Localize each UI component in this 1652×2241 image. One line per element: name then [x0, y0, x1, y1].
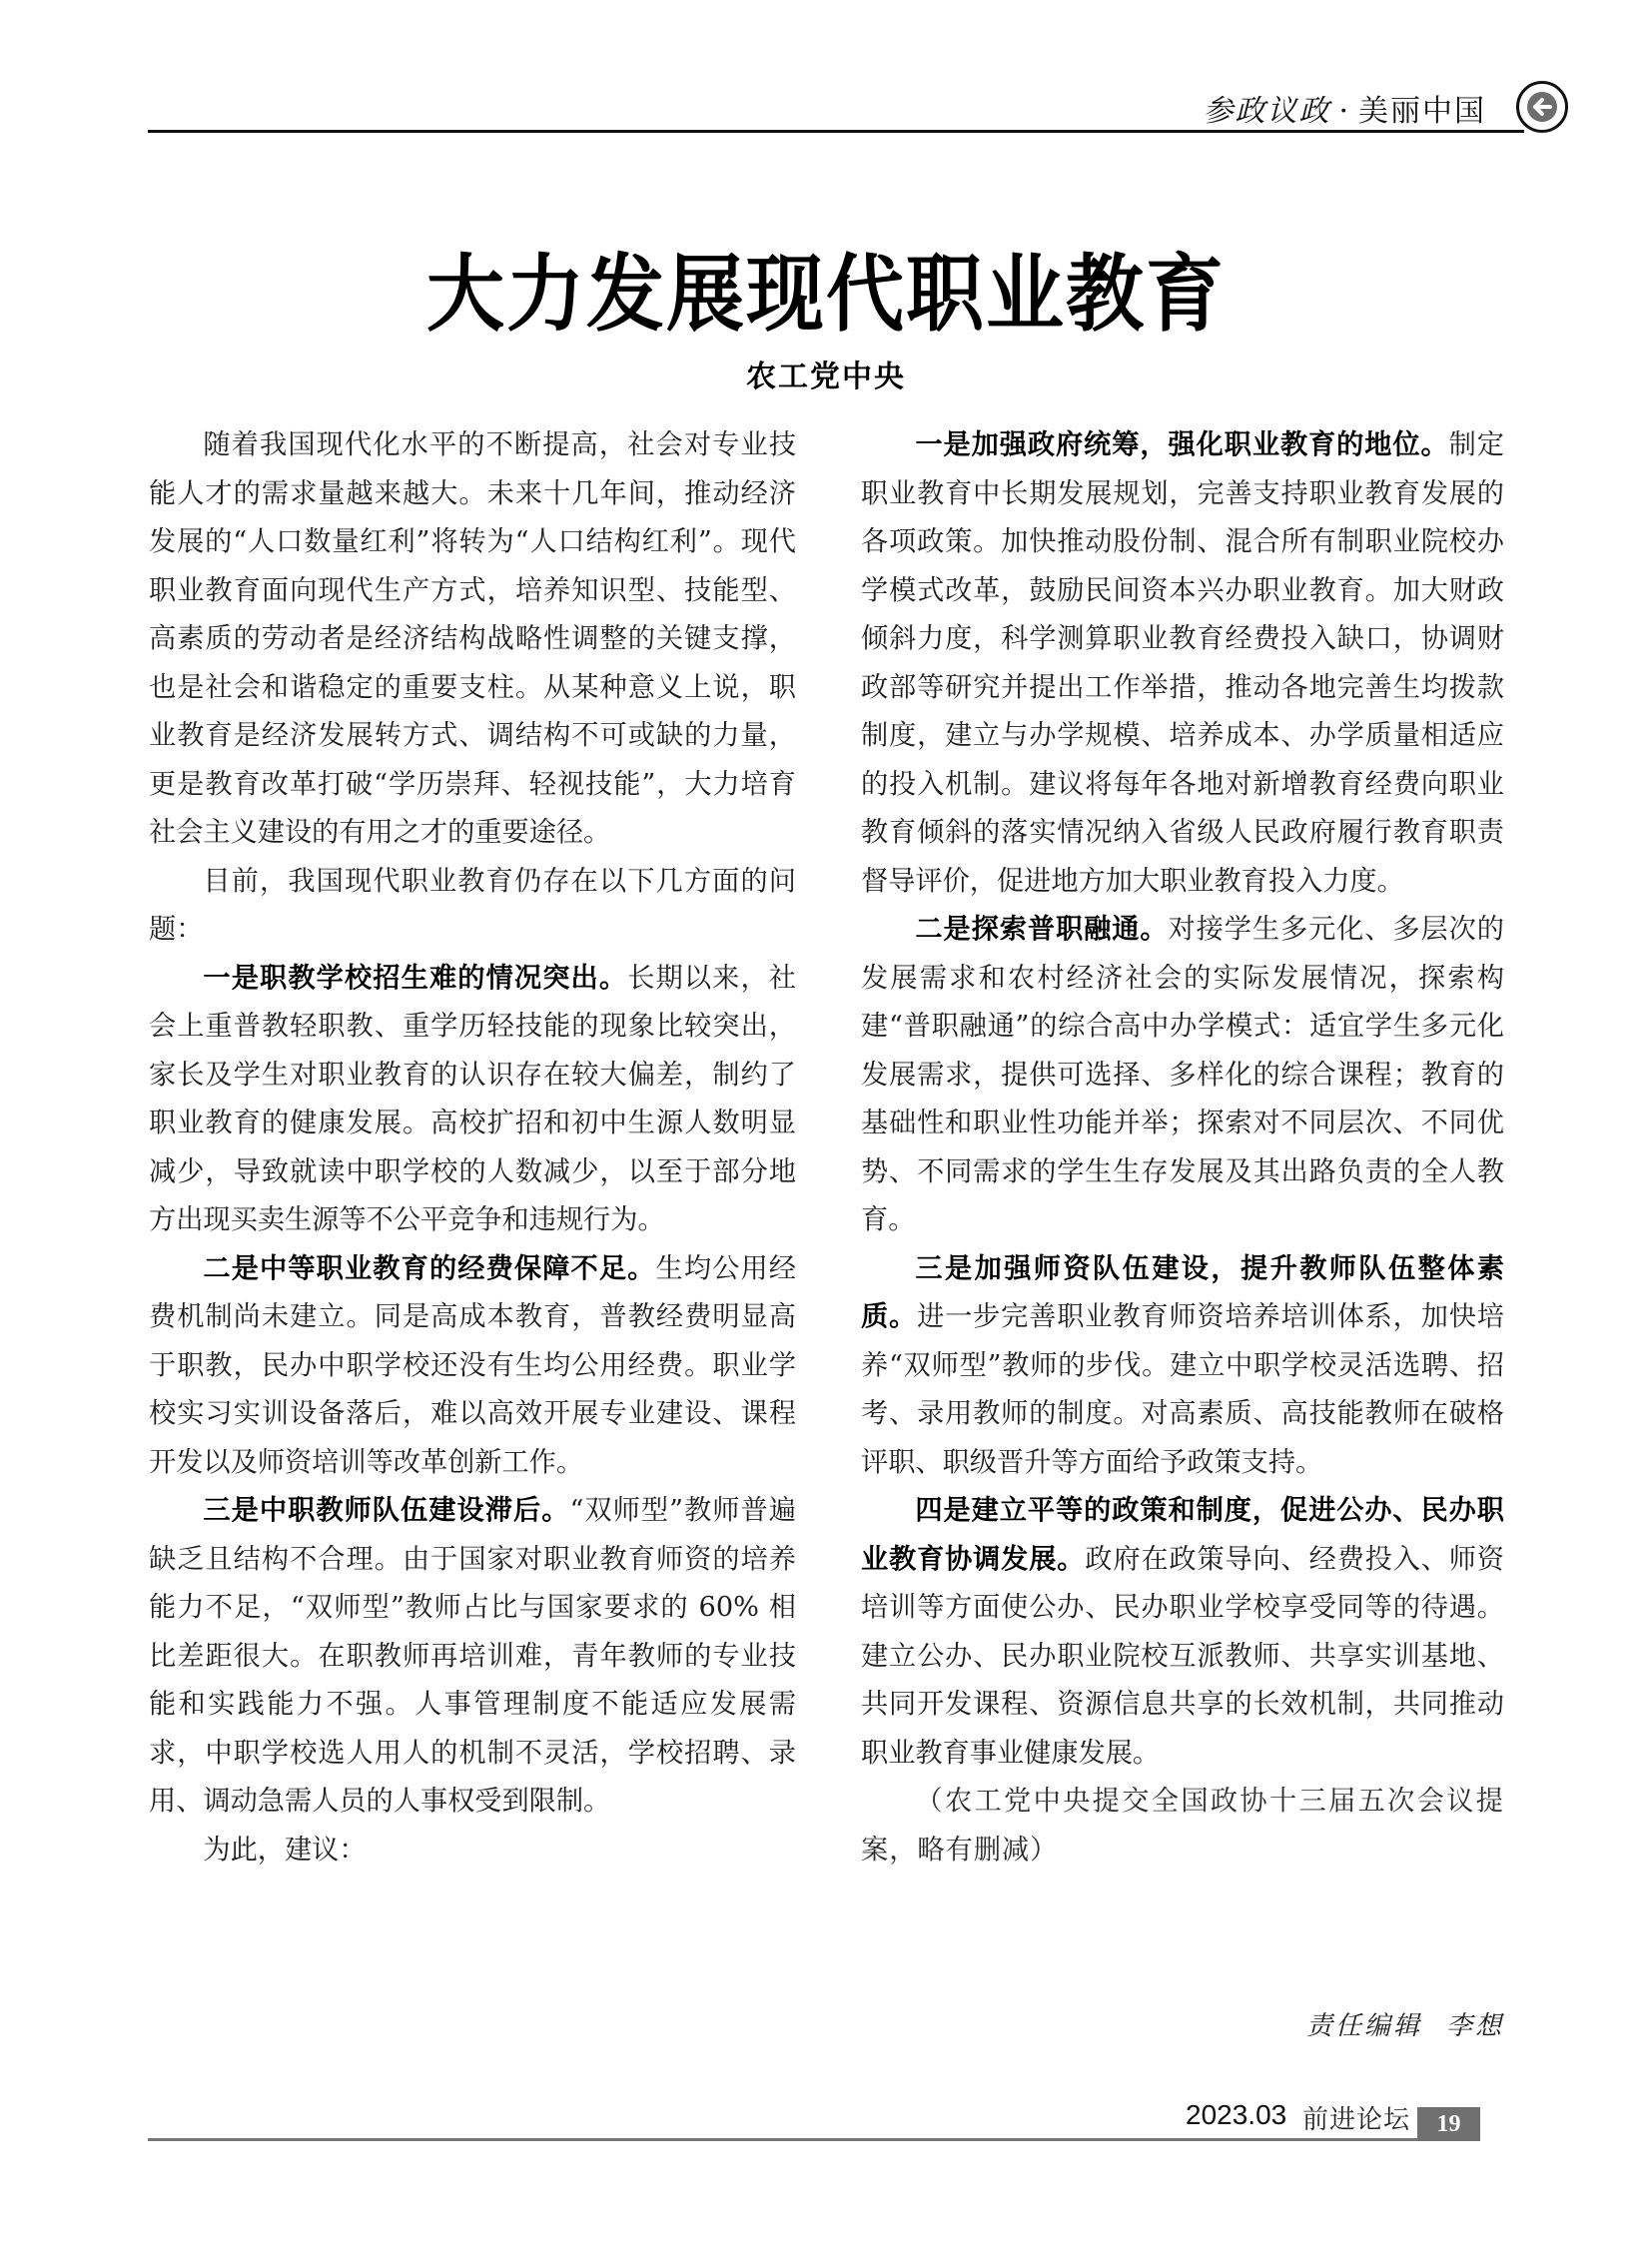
editor-name: 李想	[1446, 2011, 1504, 2041]
page-number: 19	[1417, 2107, 1480, 2141]
paragraph: 目前，我国现代职业教育仍存在以下几方面的问题：	[149, 858, 796, 955]
problem-point: 二是中等职业教育的经费保障不足。生均公用经费机制尚未建立。同是高成本教育，普教经…	[149, 1245, 796, 1488]
suggestion-point: 三是加强师资队伍建设，提升教师队伍整体素质。进一步完善职业教育师资培养培训体系，…	[861, 1245, 1504, 1488]
suggestion-point: 一是加强政府统筹，强化职业教育的地位。制定职业教育中长期发展规划，完善支持职业教…	[861, 421, 1504, 906]
left-column: 随着我国现代化水平的不断提高，社会对专业技能人才的需求量越来越大。未来十几年间，…	[149, 421, 796, 1874]
suggestion-point: 四是建立平等的政策和制度，促进公办、民办职业教育协调发展。政府在政策导向、经费投…	[861, 1487, 1504, 1778]
header-rule	[148, 130, 1524, 133]
point-lead: 二是探索普职融通。	[915, 914, 1168, 945]
back-arrow-circle-icon	[1516, 81, 1568, 133]
column-separator: ·	[1338, 94, 1350, 129]
point-lead: 一是加强政府统筹，强化职业教育的地位。	[915, 429, 1448, 460]
article-author: 农工党中央	[0, 352, 1652, 395]
arrow-left-icon	[1519, 84, 1565, 130]
paragraph: 随着我国现代化水平的不断提高，社会对专业技能人才的需求量越来越大。未来十几年间，…	[149, 421, 796, 858]
issue-date: 2023.03	[1186, 2099, 1286, 2131]
point-lead: 三是中职教师队伍建设滞后。	[203, 1495, 569, 1526]
problem-point: 三是中职教师队伍建设滞后。“双师型”教师普遍缺乏且结构不合理。由于国家对职业教育…	[149, 1487, 796, 1827]
editor-label: 责任编辑	[1306, 2011, 1422, 2041]
journal-name: 前进论坛	[1302, 2099, 1410, 2136]
column-name-part1: 参政议政	[1203, 94, 1330, 129]
point-lead: 二是中等职业教育的经费保障不足。	[203, 1253, 655, 1284]
source-note: （农工党中央提交全国政协十三届五次会议提案，略有删减）	[861, 1778, 1504, 1874]
responsible-editor: 责任编辑李想	[1306, 2005, 1504, 2042]
article-title: 大力发展现代职业教育	[0, 228, 1652, 349]
suggestion-point: 二是探索普职融通。对接学生多元化、多层次的发展需求和农村经济社会的实际发展情况，…	[861, 906, 1504, 1245]
column-name-part2: 美丽中国	[1358, 94, 1486, 129]
problem-point: 一是职教学校招生难的情况突出。长期以来，社会上重普教轻职教、重学历轻技能的现象比…	[149, 955, 796, 1245]
paragraph: 为此，建议：	[149, 1827, 796, 1875]
right-column: 一是加强政府统筹，强化职业教育的地位。制定职业教育中长期发展规划，完善支持职业教…	[861, 421, 1504, 1874]
column-title: 参政议政·美丽中国	[1203, 86, 1486, 130]
footer-rule	[148, 2138, 1418, 2141]
point-lead: 一是职教学校招生难的情况突出。	[203, 963, 627, 994]
page-header: 参政议政·美丽中国	[148, 80, 1576, 140]
